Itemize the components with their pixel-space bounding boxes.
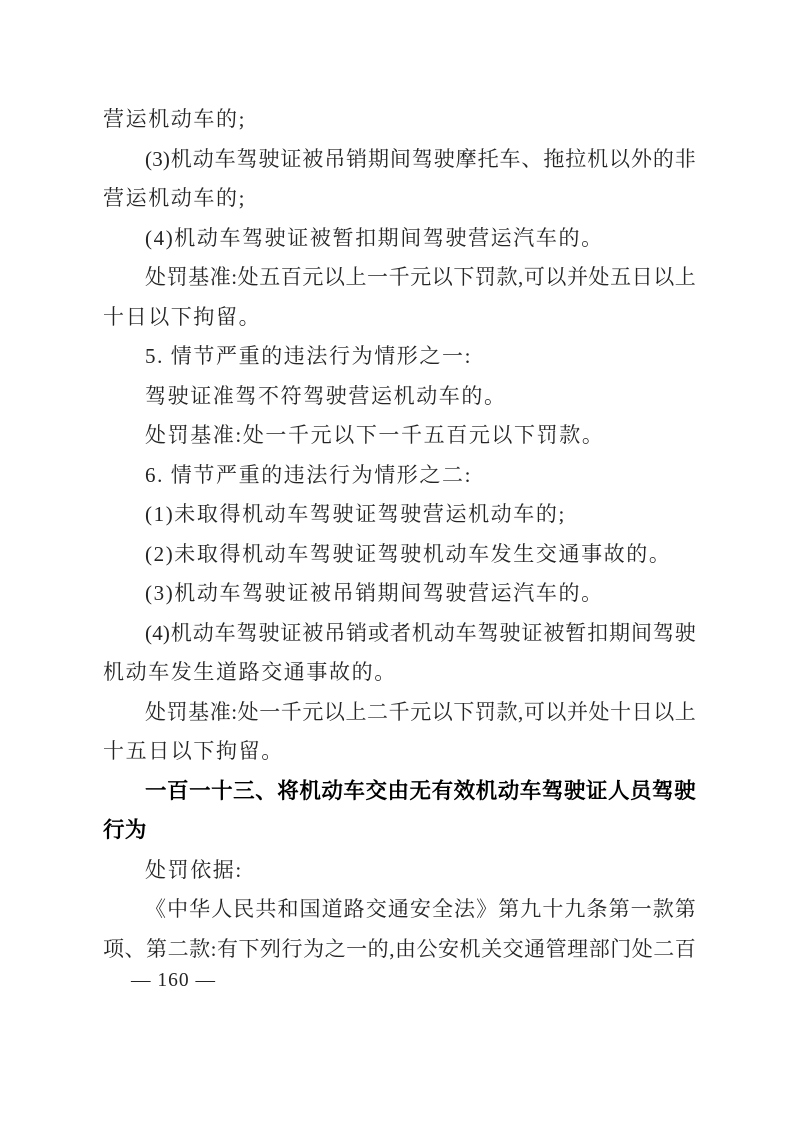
- body-line: 处罚基准:处一千元以上二千元以下罚款,可以并处十日以上: [103, 693, 696, 733]
- body-line: 处罚基准:处一千元以下一千五百元以下罚款。: [103, 416, 696, 456]
- body-line: 6. 情节严重的违法行为情形之二:: [103, 456, 696, 496]
- text-block: 营运机动车的; (3)机动车驾驶证被吊销期间驾驶摩托车、拖拉机以外的非 营运机动…: [103, 100, 696, 969]
- body-line: 营运机动车的;: [103, 100, 696, 140]
- section-heading-line: 行为: [103, 811, 696, 851]
- body-line: (3)机动车驾驶证被吊销期间驾驶营运汽车的。: [103, 574, 696, 614]
- body-line: (4)机动车驾驶证被吊销或者机动车驾驶证被暂扣期间驾驶: [103, 614, 696, 654]
- body-line: 营运机动车的;: [103, 179, 696, 219]
- body-line: 《中华人民共和国道路交通安全法》第九十九条第一款第二: [103, 890, 696, 930]
- body-line: 十日以下拘留。: [103, 298, 696, 338]
- document-page: 营运机动车的; (3)机动车驾驶证被吊销期间驾驶摩托车、拖拉机以外的非 营运机动…: [0, 0, 793, 1122]
- body-line: 项、第二款:有下列行为之一的,由公安机关交通管理部门处二百: [103, 930, 696, 970]
- body-line: 处罚依据:: [103, 851, 696, 891]
- body-line: 5. 情节严重的违法行为情形之一:: [103, 337, 696, 377]
- page-number: — 160 —: [131, 966, 216, 996]
- section-heading-line: 一百一十三、将机动车交由无有效机动车驾驶证人员驾驶的: [103, 772, 696, 812]
- body-line: 机动车发生道路交通事故的。: [103, 653, 696, 693]
- body-line: 十五日以下拘留。: [103, 732, 696, 772]
- body-line: (3)机动车驾驶证被吊销期间驾驶摩托车、拖拉机以外的非: [103, 140, 696, 180]
- body-line: (1)未取得机动车驾驶证驾驶营运机动车的;: [103, 495, 696, 535]
- body-line: (2)未取得机动车驾驶证驾驶机动车发生交通事故的。: [103, 535, 696, 575]
- body-line: 驾驶证准驾不符驾驶营运机动车的。: [103, 377, 696, 417]
- body-line: (4)机动车驾驶证被暂扣期间驾驶营运汽车的。: [103, 219, 696, 259]
- body-line: 处罚基准:处五百元以上一千元以下罚款,可以并处五日以上: [103, 258, 696, 298]
